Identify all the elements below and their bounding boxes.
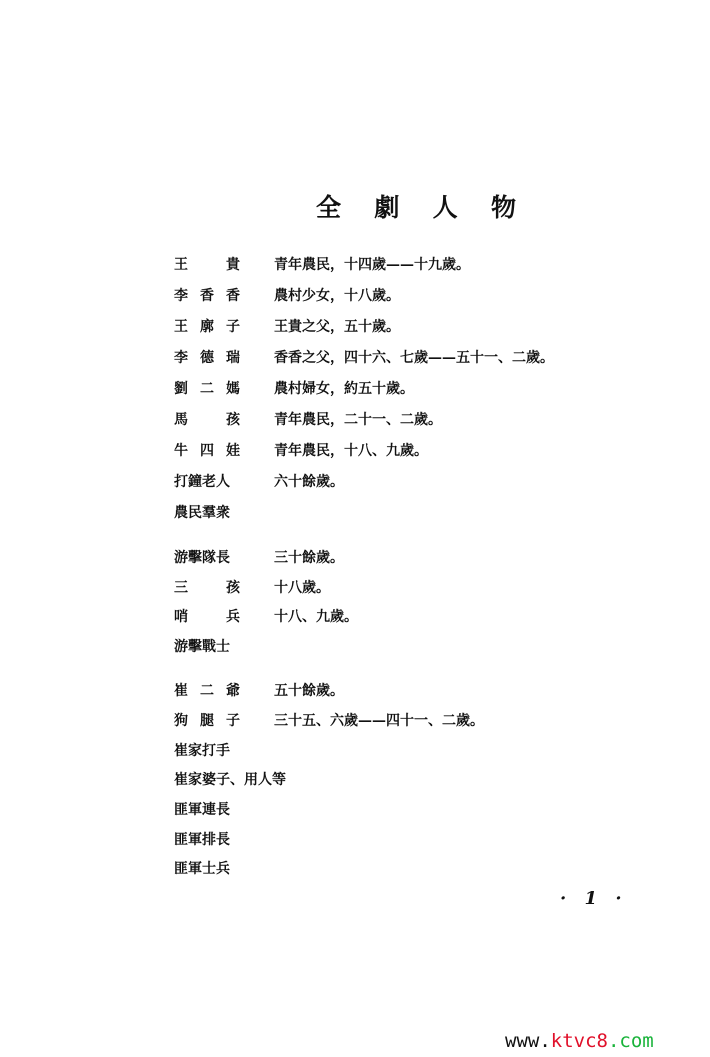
watermark-www: www.: [505, 1030, 551, 1052]
character-name-part: 媽: [226, 379, 240, 399]
character-name: 崔家打手: [174, 741, 230, 761]
title-char: 全: [316, 188, 341, 224]
character-name-part: 狗: [174, 711, 188, 731]
character-description: 青年農民，十四歲——十九歲。: [274, 255, 470, 275]
character-name: 李香香: [174, 286, 240, 306]
character-description: 農村婦女，約五十歲。: [274, 379, 414, 399]
character-name-part: 牛: [174, 441, 188, 461]
character-name: 匪軍士兵: [174, 859, 230, 879]
character-name-part: 崔家婆子、用人等: [174, 770, 286, 790]
character-name: 王貴: [174, 255, 240, 275]
character-name: 崔家婆子、用人等: [174, 770, 286, 790]
character-description: 香香之父，四十六、七歲——五十一、二歲。: [274, 348, 554, 368]
character-name-part: 匪軍士兵: [174, 859, 230, 879]
page-number: · 1 ·: [560, 888, 628, 909]
character-name-part: 崔: [174, 681, 188, 701]
character-name: 游擊戰士: [174, 637, 230, 657]
character-name-part: 德: [200, 348, 214, 368]
character-name-part: 馬: [174, 410, 188, 430]
character-name-part: 王: [174, 255, 188, 275]
character-name-part: 子: [226, 317, 240, 337]
character-name-part: 四: [200, 441, 214, 461]
title-char: 劇: [374, 188, 399, 224]
character-name-part: 孩: [226, 578, 240, 598]
character-name-part: 打鐘老人: [174, 472, 230, 492]
watermark-tld: .com: [608, 1030, 654, 1052]
character-name-part: 香: [226, 286, 240, 306]
character-name-part: 劉: [174, 379, 188, 399]
character-name: 打鐘老人: [174, 472, 230, 492]
character-name-part: 瑞: [226, 348, 240, 368]
character-name-part: 游擊隊長: [174, 548, 230, 568]
character-name-part: 游擊戰士: [174, 637, 230, 657]
character-description: 青年農民，二十一、二歲。: [274, 410, 442, 430]
character-name: 哨兵: [174, 607, 240, 627]
character-name-part: 李: [174, 348, 188, 368]
character-name: 牛四娃: [174, 441, 240, 461]
character-description: 三十餘歲。: [274, 548, 344, 568]
character-name-part: 廓: [200, 317, 214, 337]
character-name-part: 二: [200, 379, 214, 399]
character-name: 劉二媽: [174, 379, 240, 399]
character-name-part: 兵: [226, 607, 240, 627]
character-name: 馬孩: [174, 410, 240, 430]
character-name-part: 匪軍排長: [174, 830, 230, 850]
character-name-part: 孩: [226, 410, 240, 430]
title-char: 人: [433, 188, 458, 224]
character-description: 十八、九歲。: [274, 607, 358, 627]
character-name-part: 崔家打手: [174, 741, 230, 761]
character-name: 農民羣衆: [174, 503, 230, 523]
character-name: 狗腿子: [174, 711, 240, 731]
character-name: 三孩: [174, 578, 240, 598]
watermark-domain: ktvc8: [551, 1030, 608, 1052]
character-name-part: 香: [200, 286, 214, 306]
character-name-part: 哨: [174, 607, 188, 627]
character-description: 十八歲。: [274, 578, 330, 598]
character-description: 青年農民，十八、九歲。: [274, 441, 428, 461]
character-description: 六十餘歲。: [274, 472, 344, 492]
character-name-part: 匪軍連長: [174, 800, 230, 820]
character-description: 王貴之父，五十歲。: [274, 317, 400, 337]
character-name-part: 腿: [200, 711, 214, 731]
character-name: 崔二爺: [174, 681, 240, 701]
character-name-part: 二: [200, 681, 214, 701]
character-description: 三十五、六歲——四十一、二歲。: [274, 711, 484, 731]
character-name: 王廓子: [174, 317, 240, 337]
character-name-part: 貴: [226, 255, 240, 275]
character-name-part: 三: [174, 578, 188, 598]
page-title: 全劇人物: [316, 188, 516, 224]
title-char: 物: [491, 188, 516, 224]
character-description: 五十餘歲。: [274, 681, 344, 701]
character-name-part: 王: [174, 317, 188, 337]
character-description: 農村少女，十八歲。: [274, 286, 400, 306]
character-name: 匪軍連長: [174, 800, 230, 820]
character-name-part: 娃: [226, 441, 240, 461]
character-name-part: 李: [174, 286, 188, 306]
character-name: 游擊隊長: [174, 548, 230, 568]
watermark: www.ktvc8.com: [505, 1030, 654, 1052]
character-name: 李德瑞: [174, 348, 240, 368]
character-name-part: 爺: [226, 681, 240, 701]
character-name: 匪軍排長: [174, 830, 230, 850]
character-name-part: 農民羣衆: [174, 503, 230, 523]
character-name-part: 子: [226, 711, 240, 731]
